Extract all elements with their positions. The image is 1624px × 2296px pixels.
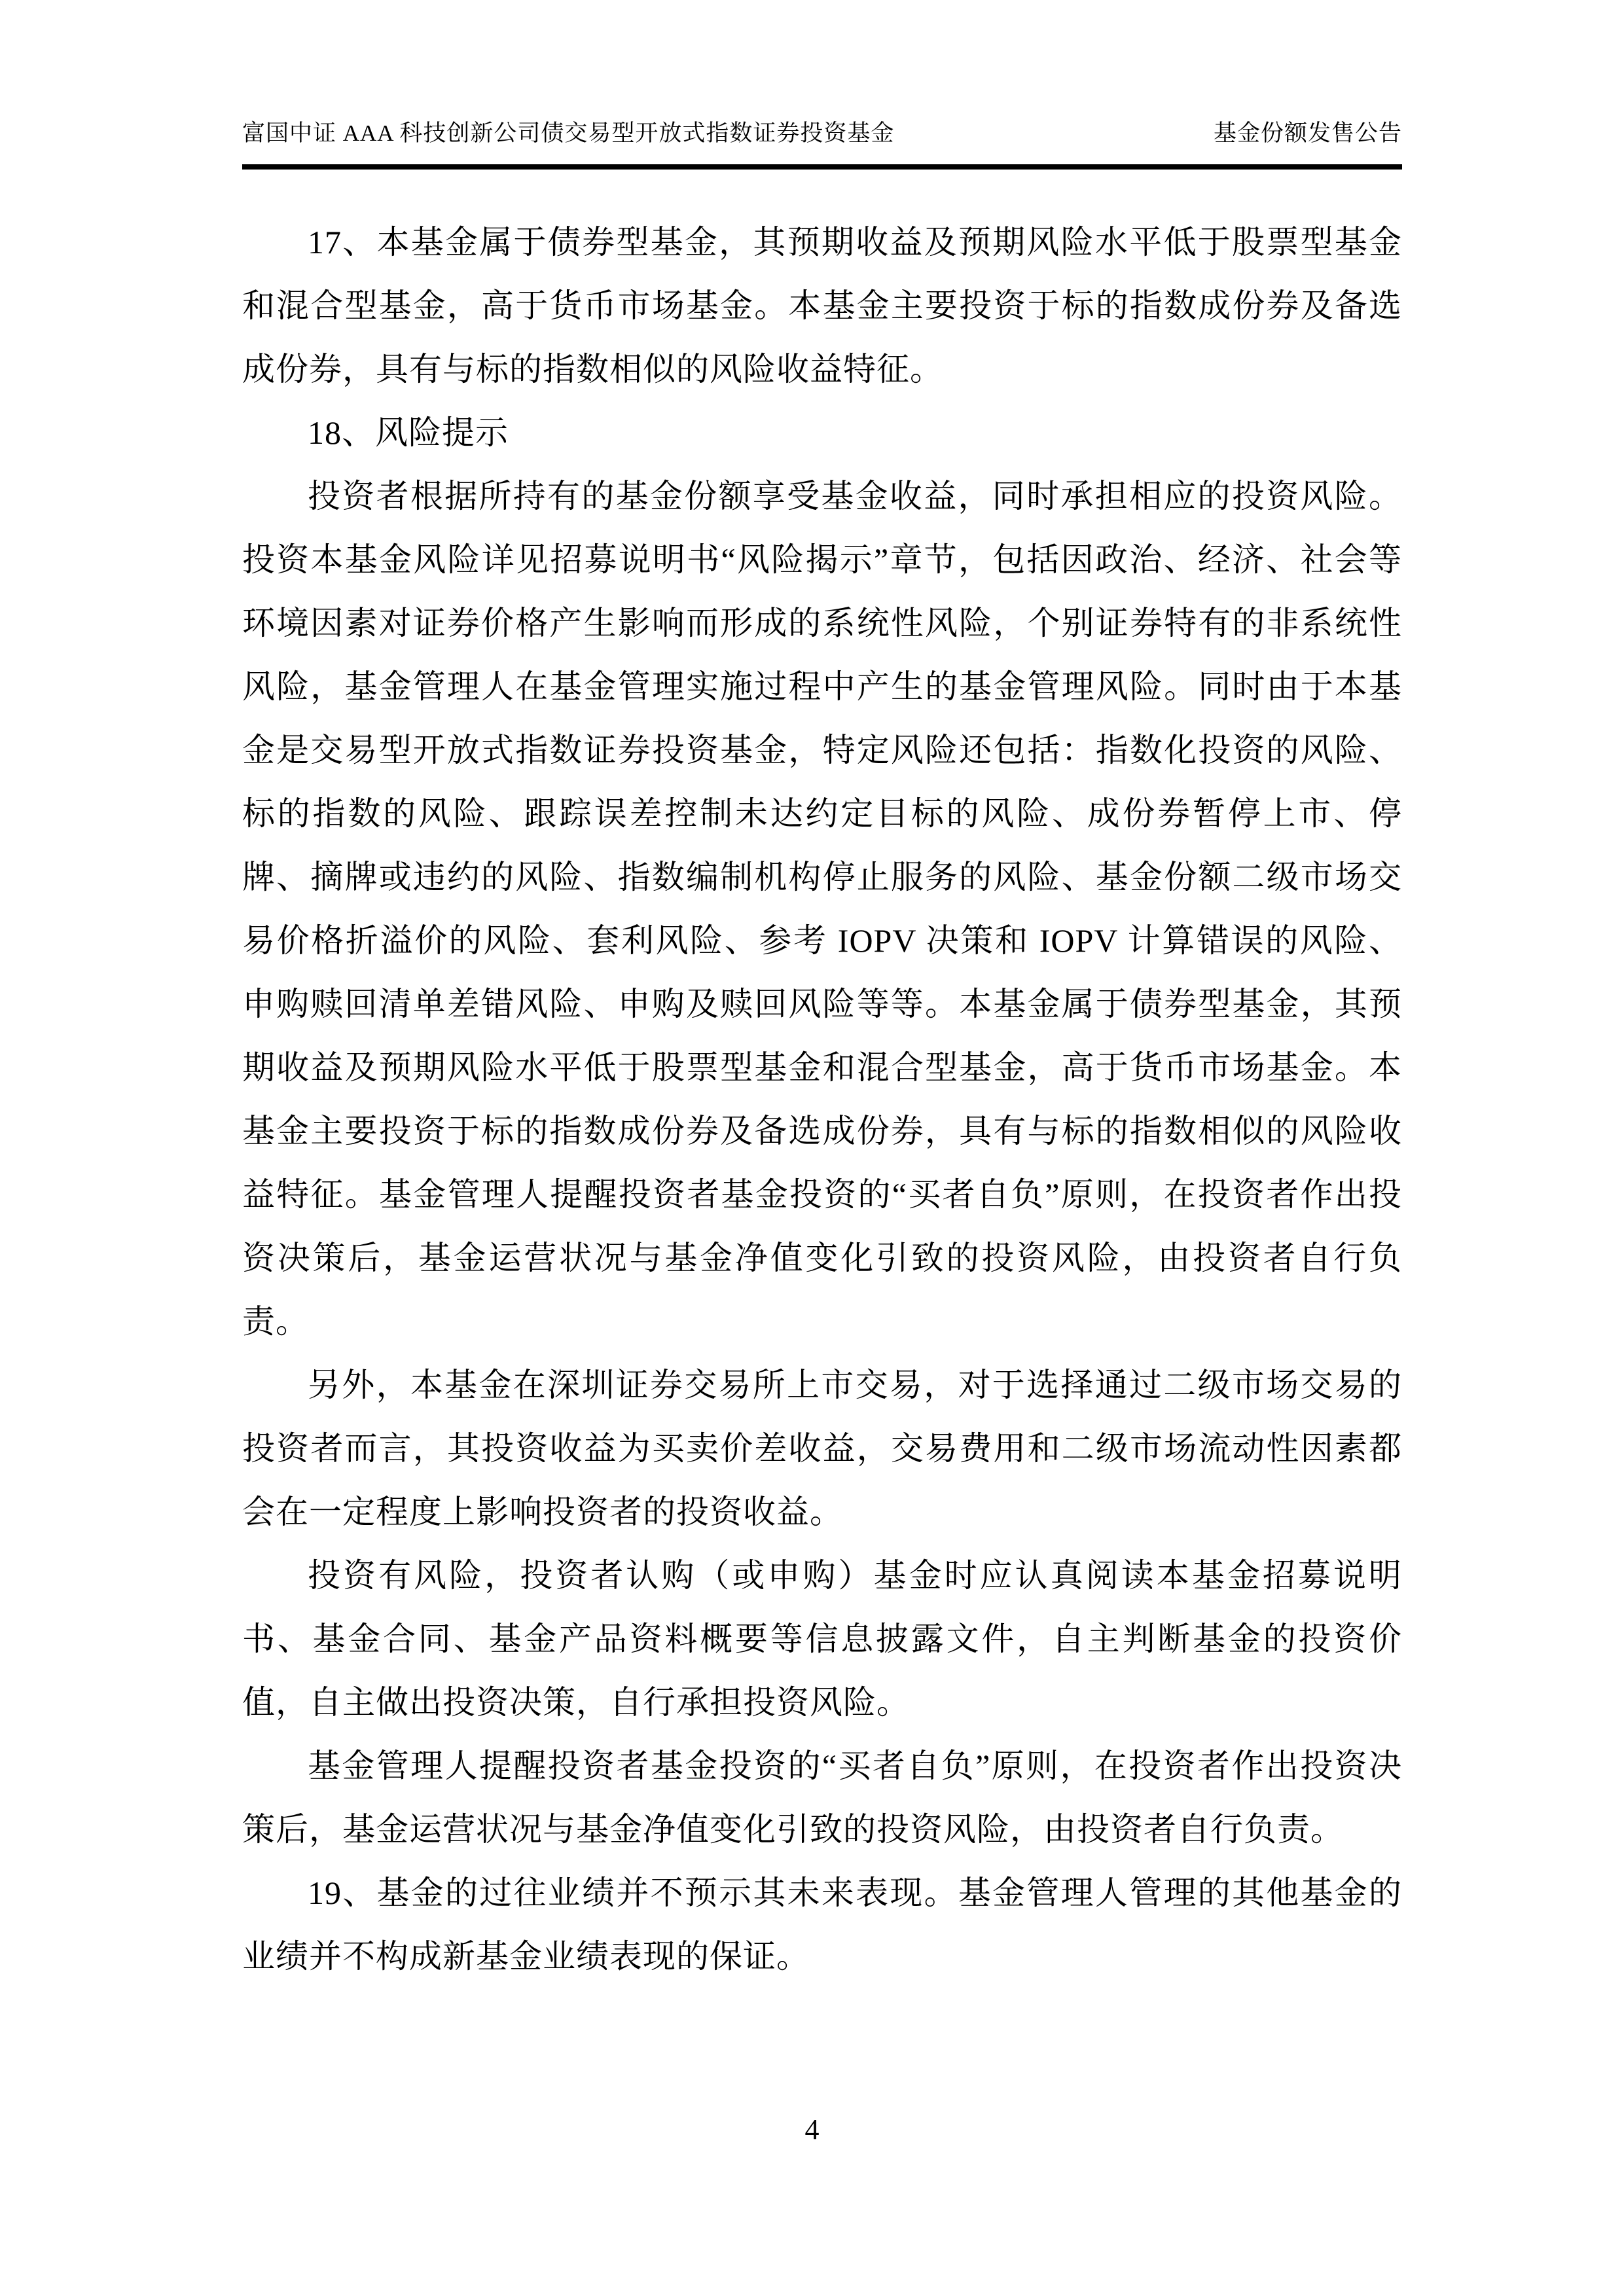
document-body: 17、本基金属于债券型基金，其预期收益及预期风险水平低于股票型基金和混合型基金，… <box>242 211 1402 1988</box>
paragraph-risk-disclosure: 投资者根据所持有的基金份额享受基金收益，同时承担相应的投资风险。投资本基金风险详… <box>242 465 1402 1354</box>
paragraph-buyer-beware: 基金管理人提醒投资者基金投资的“买者自负”原则，在投资者作出投资决策后，基金运营… <box>242 1734 1402 1861</box>
paragraph-secondary-market: 另外，本基金在深圳证券交易所上市交易，对于选择通过二级市场交易的投资者而言，其投… <box>242 1354 1402 1544</box>
page-header: 富国中证 AAA 科技创新公司债交易型开放式指数证券投资基金 基金份额发售公告 <box>242 115 1402 148</box>
page-number: 4 <box>0 2113 1624 2146</box>
paragraph-17: 17、本基金属于债券型基金，其预期收益及预期风险水平低于股票型基金和混合型基金，… <box>242 211 1402 401</box>
paragraph-investment-risk-notice: 投资有风险，投资者认购（或申购）基金时应认真阅读本基金招募说明书、基金合同、基金… <box>242 1544 1402 1734</box>
paragraph-18-heading: 18、风险提示 <box>242 401 1402 465</box>
header-doc-type: 基金份额发售公告 <box>1214 115 1402 148</box>
header-divider-rule <box>242 164 1402 170</box>
document-page: 富国中证 AAA 科技创新公司债交易型开放式指数证券投资基金 基金份额发售公告 … <box>0 0 1624 2296</box>
paragraph-19: 19、基金的过往业绩并不预示其未来表现。基金管理人管理的其他基金的业绩并不构成新… <box>242 1861 1402 1988</box>
header-fund-name: 富国中证 AAA 科技创新公司债交易型开放式指数证券投资基金 <box>242 115 894 148</box>
